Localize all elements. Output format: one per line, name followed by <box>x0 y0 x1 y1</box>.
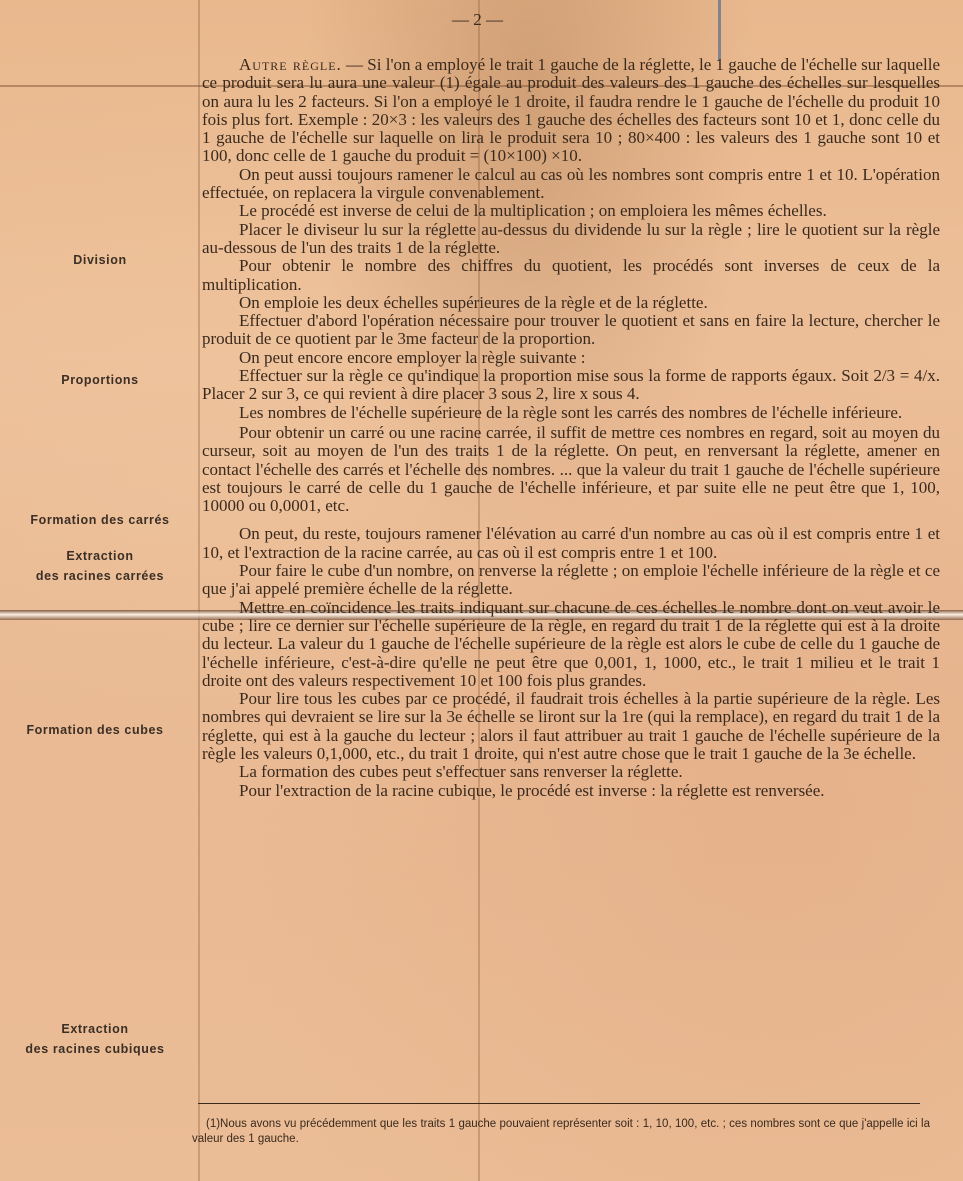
paragraph: Effectuer sur la règle ce qu'indique la … <box>202 367 940 404</box>
paragraph-formation-carres: Les nombres de l'échelle supérieure de l… <box>202 404 940 422</box>
paragraph: On peut aussi toujours ramener le calcul… <box>202 166 940 203</box>
fold-crease <box>198 0 200 1181</box>
paragraph: Pour obtenir le nombre des chiffres du q… <box>202 257 940 294</box>
section-lead: Autre règle. <box>239 55 342 74</box>
paragraph: Placer le diviseur lu sur la réglette au… <box>202 221 940 258</box>
paragraph-formation-cubes: Pour faire le cube d'un nombre, on renve… <box>202 562 940 599</box>
footnote: (1)Nous avons vu précédemment que les tr… <box>192 1117 930 1147</box>
footnote-divider <box>198 1103 920 1104</box>
margin-label-extraction-cubiques: Extraction des racines cubiques <box>0 1019 190 1059</box>
paragraph: La formation des cubes peut s'effectuer … <box>202 763 940 781</box>
paragraph-division: Le procédé est inverse de celui de la mu… <box>202 202 940 220</box>
paragraph: On peut encore encore employer la règle … <box>202 349 940 367</box>
margin-label-extraction-carrees: Extraction des racines carrées <box>5 546 195 586</box>
paragraph-proportions: On emploie les deux échelles supérieures… <box>202 294 940 312</box>
paragraph: Pour lire tous les cubes par ce procédé,… <box>202 690 940 763</box>
paragraph: Effectuer d'abord l'opération nécessaire… <box>202 312 940 349</box>
margin-label-proportions: Proportions <box>5 370 195 390</box>
paragraph: Mettre en coïncidence les traits indiqua… <box>202 599 940 690</box>
paper-rip <box>718 0 721 60</box>
paragraph: On peut, du reste, toujours ramener l'él… <box>202 525 940 562</box>
margin-label-division: Division <box>5 250 195 270</box>
paragraph-autre-regle: Autre règle. — Si l'on a employé le trai… <box>202 56 940 166</box>
paragraph-extraction-cubiques: Pour l'extraction de la racine cubique, … <box>202 782 940 800</box>
body-text: Autre règle. — Si l'on a employé le trai… <box>202 56 940 800</box>
page-number: — 2 — <box>452 10 503 30</box>
margin-label-formation-carres: Formation des carrés <box>5 510 195 530</box>
paragraph-extraction-carrees: Pour obtenir un carré ou une racine carr… <box>202 424 940 515</box>
margin-label-formation-cubes: Formation des cubes <box>0 720 190 740</box>
